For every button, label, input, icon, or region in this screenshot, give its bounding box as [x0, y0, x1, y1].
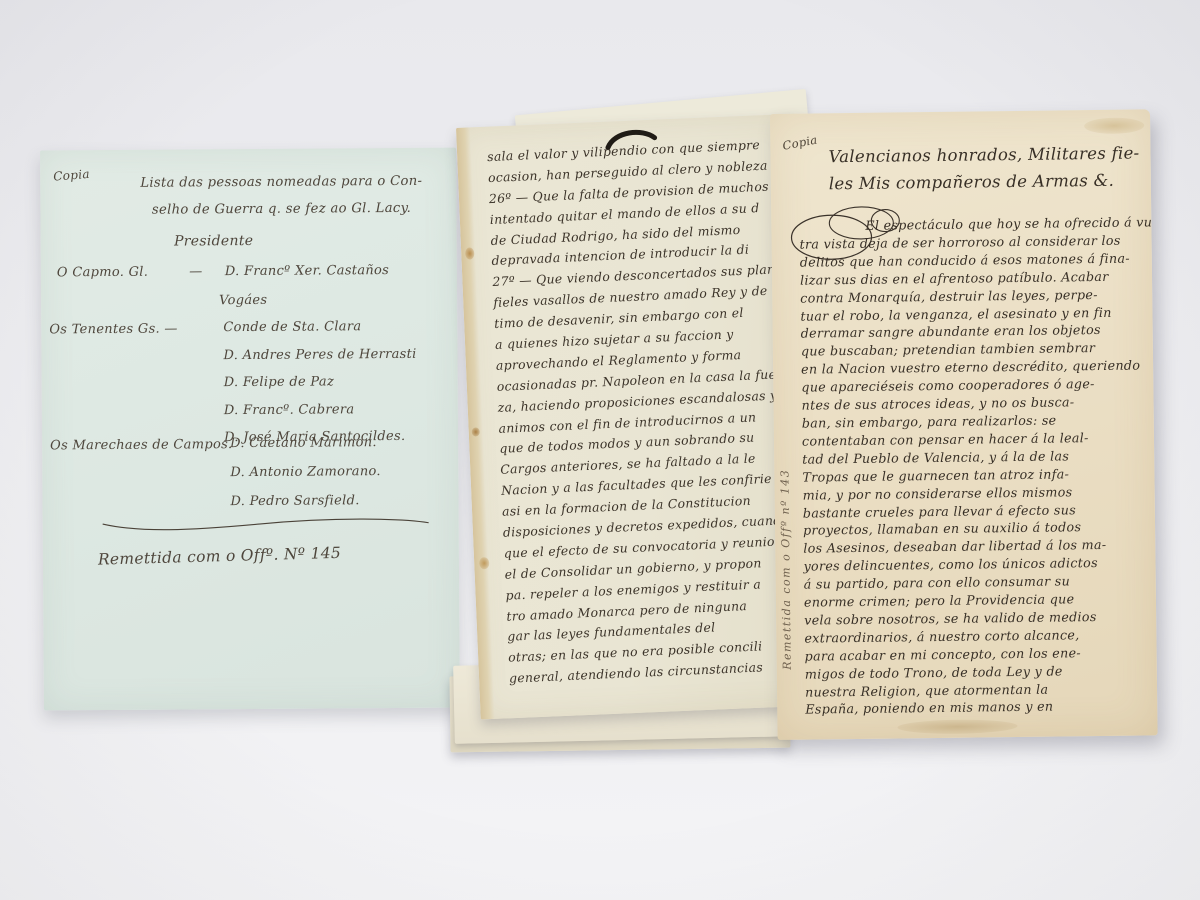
right-copia-annotation: Copia: [781, 132, 818, 152]
left-title-line2: selho de Guerra q. se fez ao Gl. Lacy.: [118, 195, 444, 224]
list-item: D. Francº. Cabrera: [224, 401, 417, 430]
right-heading-line2: les Mis compañeros de Armas &.: [829, 166, 1140, 197]
photograph-of-three-manuscripts: Copia Lista das pessoas nomeadas para o …: [0, 0, 1200, 900]
list-item: D. Caetano Marimon.: [230, 435, 381, 465]
list-item: D. Andres Peres de Herrasti: [223, 346, 416, 375]
right-heading-line1: Valencianos honrados, Militares fie-: [828, 139, 1139, 170]
captain-general-label: O Capmo. Gl.: [57, 265, 167, 281]
marechais-name-list: D. Caetano Marimon.D. Antonio Zamorano.D…: [230, 435, 381, 523]
age-stain: [472, 427, 480, 436]
right-text-block: El espectáculo que hoy se ha ofrecido á …: [799, 213, 1147, 719]
captain-general-name: D. Francº Xer. Castaños: [225, 263, 389, 279]
president-heading: Presidente: [81, 232, 347, 250]
dash-mark: —: [167, 264, 225, 279]
left-footer-note: Remettida com o Offº. Nº 145: [98, 544, 342, 569]
tenentes-label: Os Tenentes Gs. —: [49, 322, 178, 338]
marechais-label: Os Marechaes de Campos.: [50, 437, 232, 453]
vertical-margin-note: Remettida com o Offº nº 143: [778, 410, 794, 670]
left-title-line1: Lista das pessoas nomeadas para o Con-: [118, 168, 444, 197]
age-stain: [465, 247, 474, 259]
middle-text-block: sala el valor y vilipendio con que siemp…: [487, 136, 817, 692]
list-item: Conde de Sta. Clara: [223, 319, 416, 348]
left-title: Lista das pessoas nomeadas para o Con- s…: [118, 168, 444, 224]
list-item: D. Antonio Zamorano.: [230, 464, 381, 494]
right-heading: Valencianos honrados, Militares fie- les…: [828, 139, 1140, 197]
list-item: D. Felipe de Paz: [224, 374, 417, 403]
middle-manuscript-stack: por …… sala el valor y vilipendio con qu…: [448, 100, 796, 750]
middle-top-sheet: sala el valor y vilipendio con que siemp…: [456, 114, 820, 720]
age-stain: [479, 557, 489, 569]
left-copia-annotation: Copia: [53, 167, 91, 184]
age-stain: [1084, 117, 1144, 134]
right-manuscript-page: Copia Valencianos honrados, Militares fi…: [770, 109, 1158, 740]
manuscript-line: España, poniendo en mis manos y en: [805, 697, 1147, 719]
pen-flourish-divider: [101, 514, 431, 534]
left-manuscript-page: Copia Lista das pessoas nomeadas para o …: [40, 148, 460, 711]
captain-general-row: O Capmo. Gl.—D. Francº Xer. Castaños: [57, 263, 389, 280]
members-heading: Vogáes: [219, 293, 267, 308]
age-stain: [897, 719, 1017, 734]
